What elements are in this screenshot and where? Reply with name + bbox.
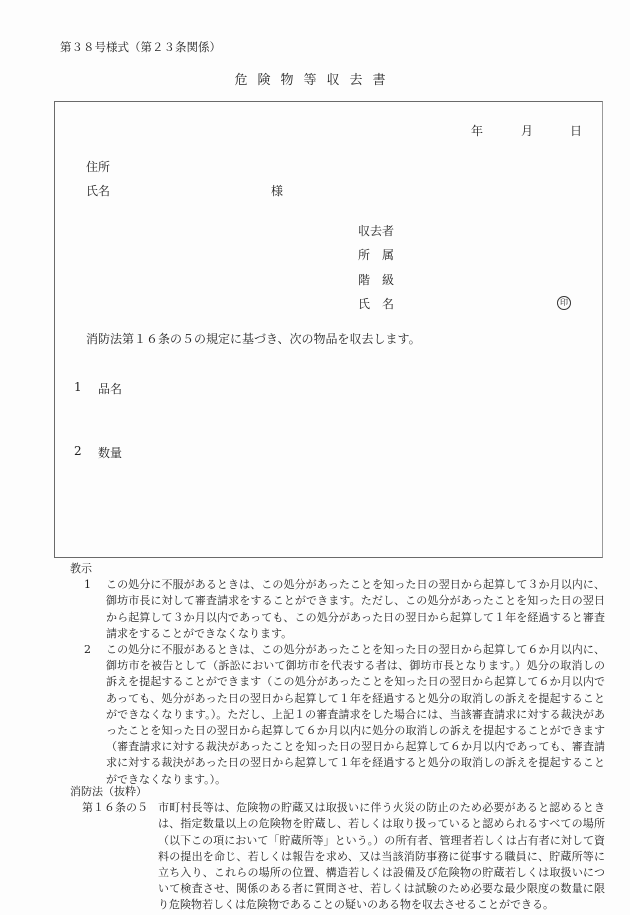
statement-text: 消防法第１６条の５の規定に基づき、次の物品を収去します。 <box>86 330 421 347</box>
rank-label: 階 級 <box>358 271 394 288</box>
collector-name-label: 氏 名 <box>358 295 394 312</box>
instruction-number: 2 <box>84 642 100 788</box>
instruction-number: 1 <box>84 577 100 642</box>
law-excerpt-heading: 消防法（抜粋） <box>70 784 605 800</box>
honorific-label: 様 <box>271 182 283 199</box>
collector-heading: 収去者 <box>358 222 394 239</box>
quantity-label: 数量 <box>98 444 122 461</box>
form-number: 第３８号様式（第２３条関係） <box>60 39 221 55</box>
instruction-item: 2 この処分に不服があるときは、この処分があったことを知った日の翌日から起算して… <box>70 642 605 788</box>
instruction-item: 1 この処分に不服があるときは、この処分があったことを知った日の翌日から起算して… <box>70 577 605 642</box>
date-day-label: 日 <box>570 122 582 139</box>
quantity-number: 2 <box>74 444 82 458</box>
instructions-section: 教示 1 この処分に不服があるときは、この処分があったことを知った日の翌日から起… <box>70 561 605 788</box>
instruction-text: この処分に不服があるときは、この処分があったことを知った日の翌日から起算して６か… <box>100 642 605 788</box>
instructions-heading: 教示 <box>70 561 605 577</box>
date-month-label: 月 <box>521 122 533 139</box>
law-article: 第１６条の５ 市町村長等は、危険物の貯蔵又は取扱いに伴う火災の防止のため必要があ… <box>70 800 605 913</box>
item-name-label: 品名 <box>98 380 122 397</box>
document-title: 危険物等収去書 <box>0 69 630 88</box>
instruction-text: この処分に不服があるときは、この処分があったことを知った日の翌日から起算して３か… <box>100 577 605 642</box>
item-name-number: 1 <box>74 380 82 394</box>
date-year-label: 年 <box>471 122 483 139</box>
form-box: 年 月 日 住所 氏名 様 収去者 所 属 階 級 氏 名 印 消防法第１６条の… <box>54 101 603 558</box>
law-article-text: 市町村長等は、危険物の貯蔵又は取扱いに伴う火災の防止のため必要があると認めるとき… <box>158 800 605 913</box>
address-label: 住所 <box>86 158 110 175</box>
seal-mark-icon: 印 <box>557 296 571 310</box>
law-excerpt-section: 消防法（抜粋） 第１６条の５ 市町村長等は、危険物の貯蔵又は取扱いに伴う火災の防… <box>70 784 605 914</box>
affiliation-label: 所 属 <box>358 246 394 263</box>
recipient-name-label: 氏名 <box>86 182 110 199</box>
law-article-label: 第１６条の５ <box>82 800 148 913</box>
